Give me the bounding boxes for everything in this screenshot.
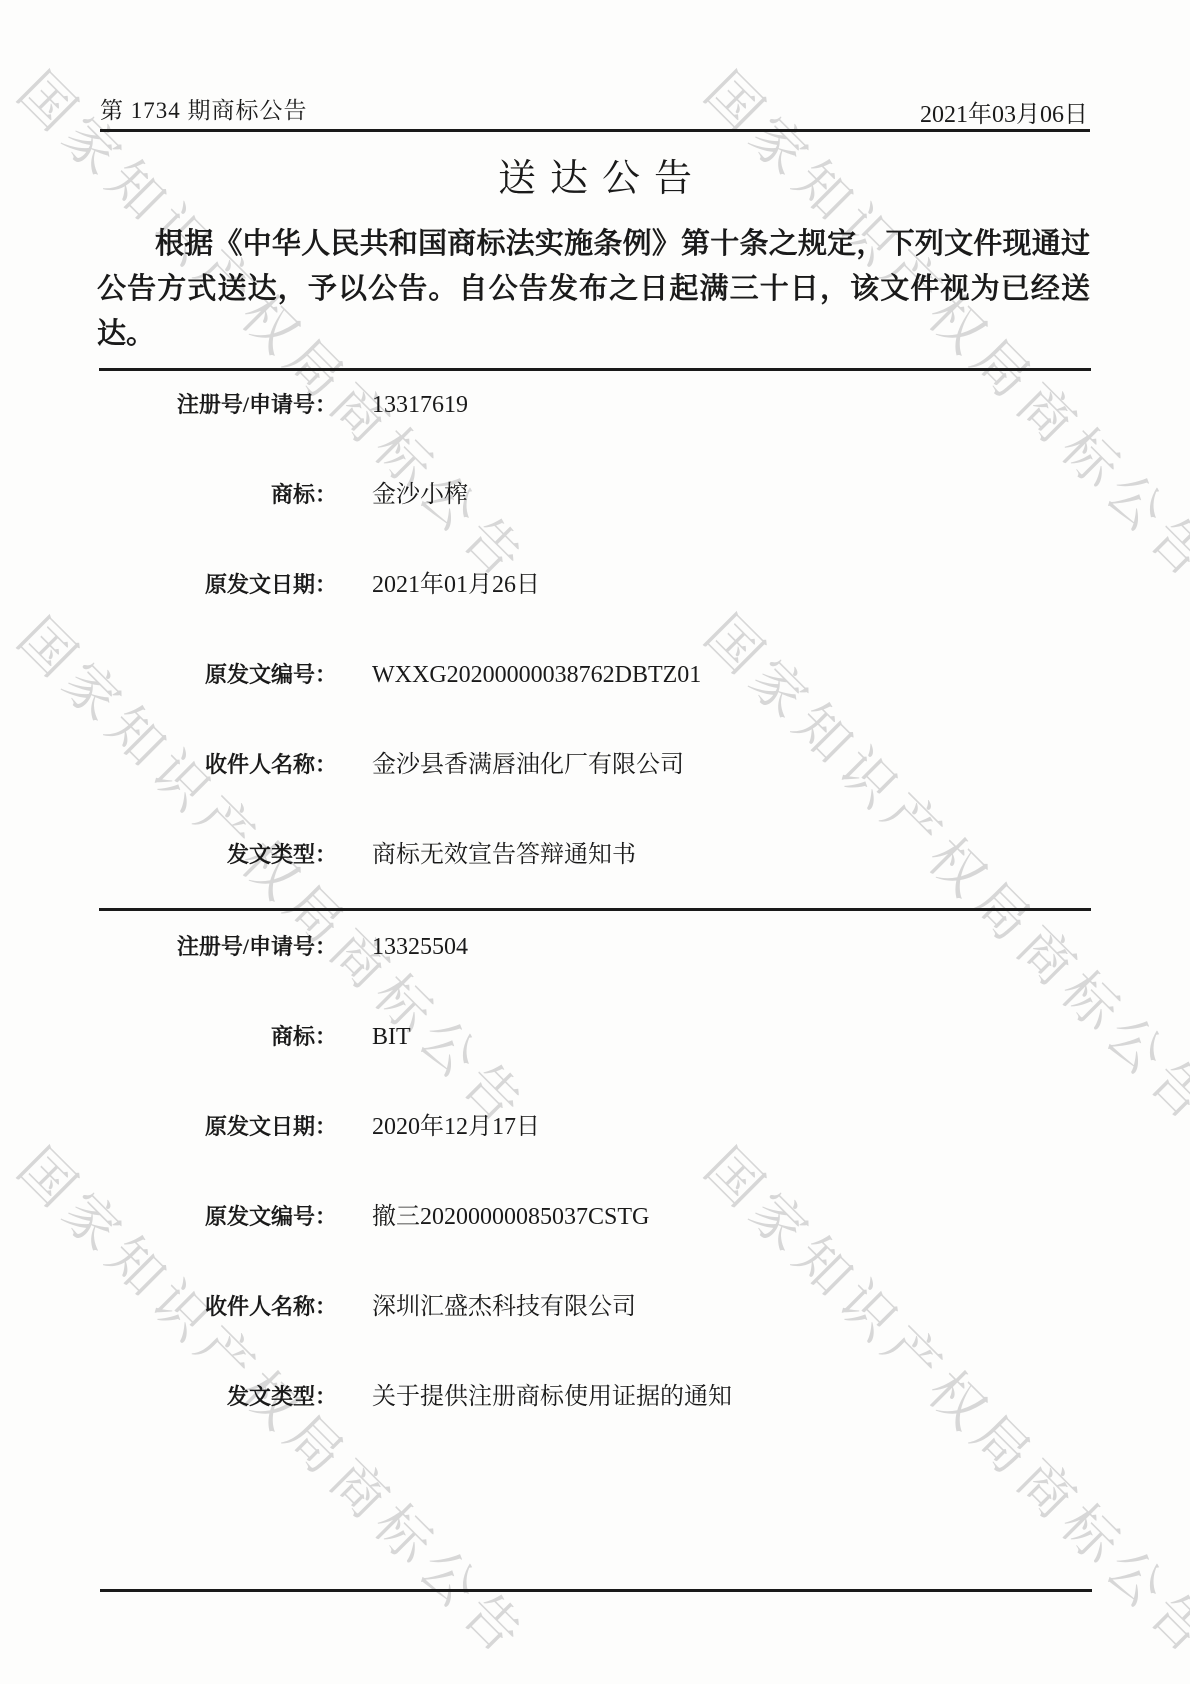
record-row: 收件人名称：金沙县香满唇油化厂有限公司 [0,748,1190,782]
record-row: 原发文日期：2020年12月17日 [0,1110,1190,1144]
field-value: 2021年01月26日 [372,568,1072,602]
record-row: 注册号/申请号：13325504 [0,930,1190,964]
record-divider [99,368,1091,371]
record-row: 商标：金沙小榨 [0,478,1190,512]
header-rule [100,129,1090,132]
gazette-page: 国家知识产权局商标公告 国家知识产权局商标公告 国家知识产权局商标公告 国家知识… [0,0,1190,1684]
field-value: 商标无效宣告答辩通知书 [372,838,1072,872]
field-label: 原发文编号： [100,1200,337,1234]
intro-paragraph: 根据《中华人民共和国商标法实施条例》第十条之规定，下列文件现通过公告方式送达，予… [97,222,1090,357]
field-label: 发文类型： [100,1380,337,1414]
record-row: 发文类型：关于提供注册商标使用证据的通知 [0,1380,1190,1414]
field-value: 2020年12月17日 [372,1110,1072,1144]
record-row: 原发文编号：撤三20200000085037CSTG [0,1200,1190,1234]
record-row: 注册号/申请号：13317619 [0,388,1190,422]
record-divider [99,908,1091,911]
field-label: 原发文日期： [100,1110,337,1144]
field-label: 收件人名称： [100,1290,337,1324]
field-label: 注册号/申请号： [100,388,337,422]
field-label: 原发文编号： [100,658,337,692]
field-value: BIT [372,1020,1072,1054]
gazette-issue: 第 1734 期商标公告 [100,92,308,125]
record-row: 发文类型：商标无效宣告答辩通知书 [0,838,1190,872]
document-content: 第 1734 期商标公告 2021年03月06日 送达公告 根据《中华人民共和国… [0,0,1190,1684]
field-label: 注册号/申请号： [100,930,337,964]
record-row: 商标：BIT [0,1020,1190,1054]
gazette-date: 2021年03月06日 [920,94,1088,129]
record-row: 收件人名称：深圳汇盛杰科技有限公司 [0,1290,1190,1324]
field-value: 金沙县香满唇油化厂有限公司 [372,748,1072,782]
field-value: 金沙小榨 [372,478,1072,512]
field-value: 13325504 [372,930,1072,964]
field-value: 关于提供注册商标使用证据的通知 [372,1380,1072,1414]
field-label: 收件人名称： [100,748,337,782]
document-title: 送达公告 [100,147,1090,202]
bottom-rule [100,1589,1092,1592]
field-label: 商标： [100,1020,337,1054]
field-label: 商标： [100,478,337,512]
field-value: WXXG20200000038762DBTZ01 [372,658,1072,692]
record-row: 原发文编号：WXXG20200000038762DBTZ01 [0,658,1190,692]
field-value: 13317619 [372,388,1072,422]
field-label: 发文类型： [100,838,337,872]
field-label: 原发文日期： [100,568,337,602]
record-row: 原发文日期：2021年01月26日 [0,568,1190,602]
field-value: 撤三20200000085037CSTG [372,1200,1072,1234]
field-value: 深圳汇盛杰科技有限公司 [372,1290,1072,1324]
